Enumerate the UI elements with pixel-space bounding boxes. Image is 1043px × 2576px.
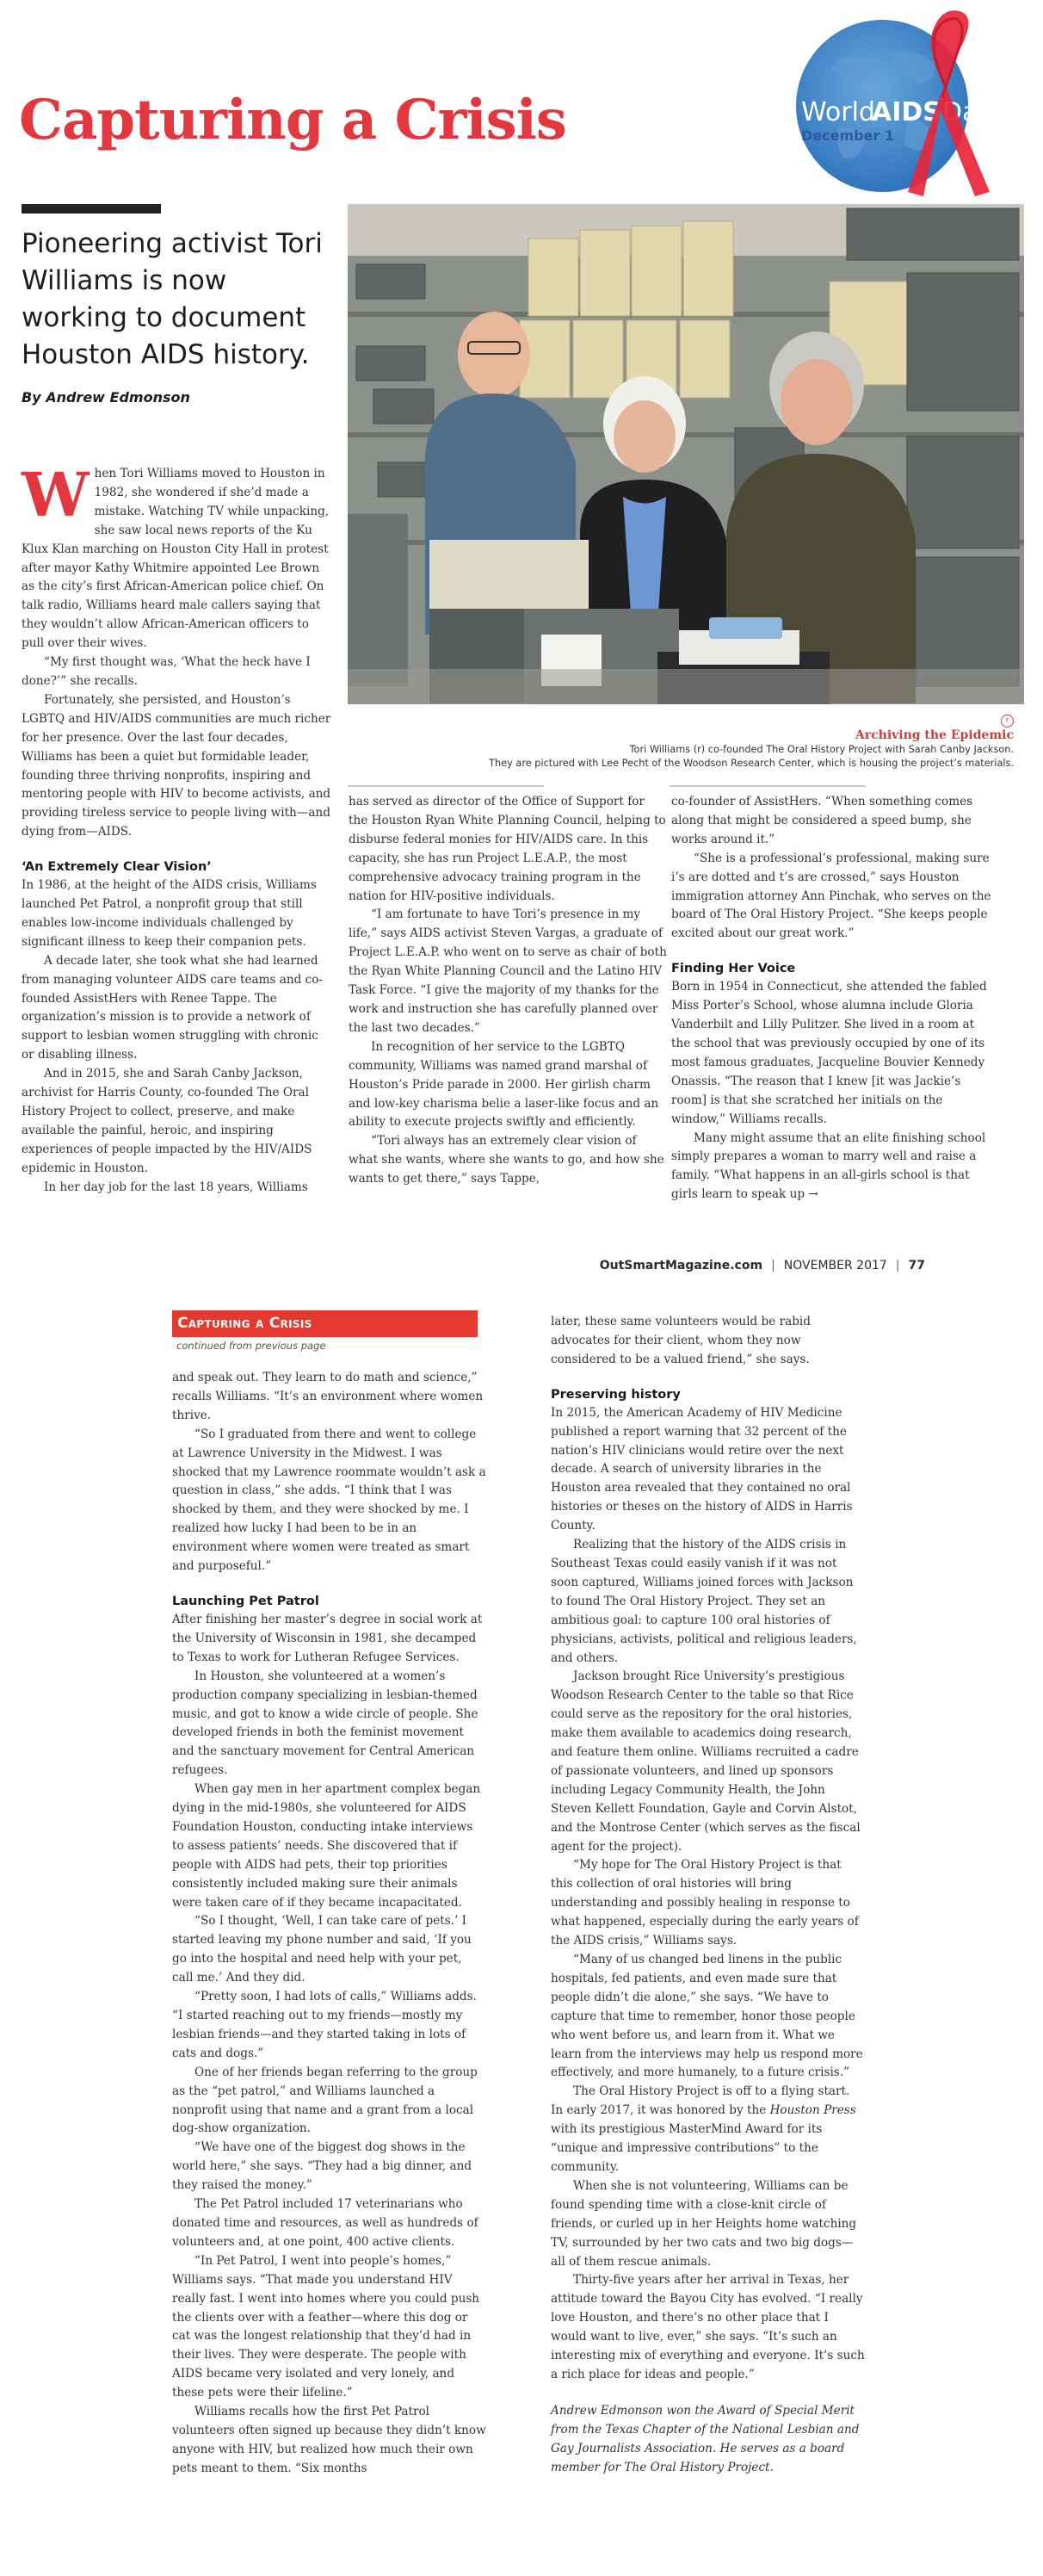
subhead: Launching Pet Patrol [172,1592,486,1611]
paragraph: “In Pet Patrol, I went into people’s hom… [172,2252,486,2403]
article-title: Capturing a Crisis [19,93,566,148]
article-column-1: When Tori Williams moved to Houston in 1… [22,465,331,1198]
subhead: ‘An Extremely Clear Vision’ [22,858,331,876]
paragraph: Williams recalls how the first Pet Patro… [172,2403,486,2479]
paragraph: Many might assume that an elite finishin… [671,1130,994,1205]
logo-text-world: World [801,97,875,127]
footer-separator: | [896,1259,900,1273]
photo-caption: r Archiving the Epidemic Tori Williams (… [348,711,1024,771]
paragraph: “So I graduated from there and went to c… [172,1426,486,1576]
drop-cap: W [22,470,89,523]
paragraph: The Oral History Project is off to a fly… [551,2083,865,2177]
article-column-2: has served as director of the Office of … [349,793,667,1189]
caption-line-1: Tori Williams (r) co-founded The Oral Hi… [348,743,1014,757]
column-divider [670,785,866,787]
paragraph: In Houston, she volunteered at a women’s… [172,1668,486,1780]
article-column-3: co-founder of AssistHers. “When somethin… [671,793,994,1204]
caption-title: Archiving the Epidemic [348,728,1014,743]
paragraph: In 1986, at the height of the AIDS crisi… [22,876,331,952]
subhead: Finding Her Voice [671,959,994,978]
subhead: Preserving history [551,1385,865,1404]
paragraph: One of her friends began referring to th… [172,2064,486,2139]
continued-note: continued from previous page [176,1340,325,1352]
paragraph: “We have one of the biggest dog shows in… [172,2139,486,2195]
continue-arrow-icon: → [808,1187,818,1201]
paragraph: co-founder of AssistHers. “When somethin… [671,793,994,850]
paragraph: Jackson brought Rice University’s presti… [551,1668,865,1856]
paragraph: “Pretty soon, I had lots of calls,” Will… [172,1988,486,2064]
continuation-banner: Capturing a Crisis [172,1310,478,1337]
footer-issue: NOVEMBER 2017 [784,1259,887,1273]
column-divider [348,785,544,787]
red-ribbon-globe-icon: World AIDS Day December 1 [779,7,1020,198]
paragraph: Thirty-five years after her arrival in T… [551,2271,865,2384]
paragraph: After finishing her master’s degree in s… [172,1611,486,1668]
paragraph: has served as director of the Office of … [349,793,667,906]
article-photo [348,204,1024,704]
article-column-a: and speak out. They learn to do math and… [172,1369,486,2479]
paragraph: When gay men in her apartment complex be… [172,1780,486,1912]
photo-credit-icon: r [1001,715,1014,728]
paragraph: “My hope for The Oral History Project is… [551,1856,865,1951]
caption-line-2: They are pictured with Lee Pecht of the … [348,757,1014,771]
paragraph: “Many of us changed bed linens in the pu… [551,1951,865,2083]
paragraph: When she is not volunteering, Williams c… [551,2177,865,2272]
paragraph: Fortunately, she persisted, and Houston’… [22,691,331,842]
footer-separator: | [771,1259,775,1273]
paragraph: “My first thought was, ‘What the heck ha… [22,653,331,691]
paragraph: And in 2015, she and Sarah Canby Jackson… [22,1065,331,1178]
decorative-bar [22,204,161,214]
lead-paragraph: When Tori Williams moved to Houston in 1… [22,465,331,653]
paragraph: “I am fortunate to have Tori’s presence … [349,906,667,1037]
world-aids-day-logo: World AIDS Day December 1 [779,7,1020,198]
paragraph: and speak out. They learn to do math and… [172,1369,486,1426]
paragraph: Born in 1954 in Connecticut, she attende… [671,978,994,1129]
archive-photo-image [348,204,1024,704]
byline: By Andrew Edmonson [22,389,190,406]
paragraph: In recognition of her service to the LGB… [349,1038,667,1133]
article-column-b: later, these same volunteers would be ra… [551,1313,865,2477]
footer-site[interactable]: OutSmartMagazine.com [600,1259,762,1273]
logo-text-date: December 1 [801,127,894,144]
publication-name: Houston Press [770,2103,856,2117]
paragraph: “Tori always has an extremely clear visi… [349,1132,667,1189]
paragraph: Realizing that the history of the AIDS c… [551,1536,865,1668]
paragraph: “So I thought, ‘Well, I can take care of… [172,1912,486,1988]
paragraph: The Pet Patrol included 17 veterinarians… [172,2195,486,2252]
article-deck: Pioneering activist Tori Williams is now… [22,226,331,374]
paragraph: later, these same volunteers would be ra… [551,1313,865,1370]
paragraph: In her day job for the last 18 years, Wi… [22,1179,331,1198]
paragraph: In 2015, the American Academy of HIV Med… [551,1404,865,1536]
author-bio: Andrew Edmonson won the Award of Special… [551,2402,865,2478]
page-footer: OutSmartMagazine.com|NOVEMBER 2017|77 [516,1257,1024,1274]
paragraph: A decade later, she took what she had le… [22,952,331,1065]
paragraph: “She is a professional’s professional, m… [671,850,994,944]
page-number: 77 [909,1259,925,1273]
